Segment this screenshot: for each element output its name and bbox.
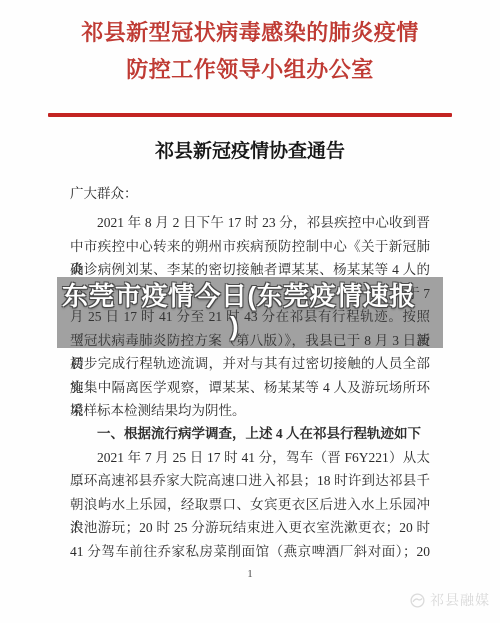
watermark: 祁县融媒: [409, 591, 490, 609]
caption-overlay-line-2: ): [62, 309, 407, 343]
media-logo-icon: [409, 592, 426, 609]
doc-line: 2021 年 7 月 25 日 17 时 41 分，驾车（晋 F6Y221）从太…: [70, 446, 430, 469]
document-title: 祁县新冠疫情协查通告: [0, 139, 500, 165]
doc-line: 广大群众：: [70, 182, 430, 205]
notice-page: 祁县新型冠状病毒感染的肺炎疫情 防控工作领导小组办公室 祁县新冠疫情协查通告 广…: [0, 0, 500, 623]
doc-line: 采样标本检测结果均为阴性。: [70, 399, 430, 422]
doc-line: 中市疾控中心转来的朔州市疾病预防控制中心《关于新冠肺炎: [70, 235, 430, 258]
letterhead-line-1: 祁县新型冠状病毒感染的肺炎疫情: [0, 18, 500, 48]
doc-line: 大池游玩；20 时 25 分游玩结束进入更衣室洗漱更衣；20 时: [70, 516, 430, 539]
caption-overlay-line-1: 东莞市疫情今日(东莞疫情速报: [62, 279, 416, 313]
doc-line: 施集中隔离医学观察，谭某某、杨某某等 4 人及游玩场所环境: [70, 376, 430, 399]
caption-overlay: 东莞市疫情今日(东莞疫情速报 ): [57, 277, 443, 348]
doc-line: 2021 年 8 月 2 日下午 17 时 23 分，祁县疾控中心收到晋: [70, 211, 430, 234]
doc-line: 一、根据流行病学调查，上述 4 人在祁县行程轨迹如下: [70, 422, 430, 445]
doc-line: 初步完成行程轨迹流调，并对与其有过密切接触的人员全部实: [70, 352, 430, 375]
doc-line: 二环高速祁县乔家大院高速口进入祁县；18 时许到达祁县千: [70, 469, 430, 492]
page-number: 1: [0, 568, 500, 580]
watermark-label: 祁县融媒: [430, 591, 490, 609]
letterhead-rule: [48, 113, 452, 117]
letterhead-line-2: 防控工作领导小组办公室: [0, 55, 500, 85]
doc-line: 41 分驾车前往乔家私房菜削面馆（燕京啤酒厂斜对面）；20: [70, 540, 430, 563]
doc-line: 朝浪屿水上乐园，经取票口、女宾更衣区后进入水上乐园冲浪: [70, 493, 430, 516]
document-body: 广大群众：2021 年 8 月 2 日下午 17 时 23 分，祁县疾控中心收到…: [70, 182, 430, 563]
